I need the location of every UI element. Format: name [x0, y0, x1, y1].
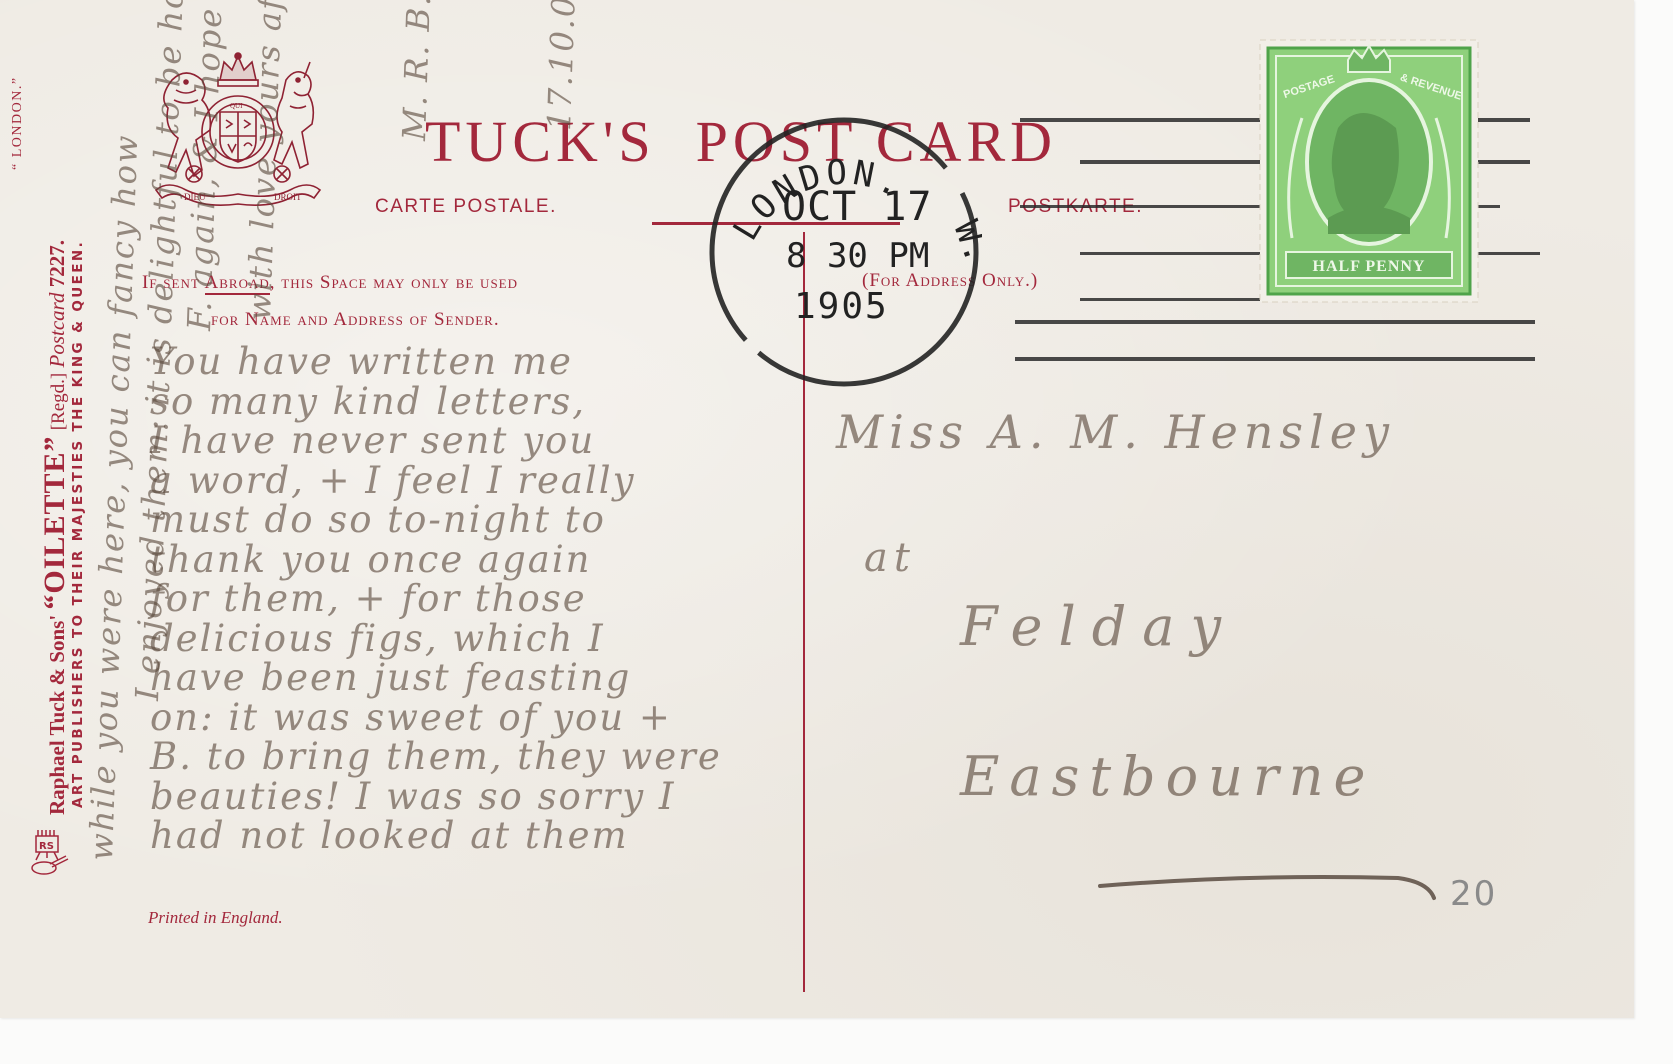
publisher-name: Raphael Tuck & Sons': [45, 615, 69, 815]
carte-postale-label: CARTE POSTALE.: [375, 196, 557, 218]
address-underline: [1098, 872, 1448, 912]
address-town: Eastbourne: [960, 745, 1375, 808]
address-house: Felday: [960, 595, 1237, 658]
message-line: have been just feasting: [150, 658, 722, 698]
message-line: for them, + for those: [150, 579, 722, 619]
king-edward-stamp-icon: HALF PENNY POSTAGE & REVENUE: [1258, 38, 1480, 304]
message-line: had not looked at them: [150, 816, 722, 856]
svg-text:RS: RS: [39, 841, 54, 852]
pencil-note: 20: [1450, 874, 1497, 914]
london-postmark: LONDON. W. OCT 17 8 30 PM 1905: [706, 114, 982, 390]
publisher-line: Raphael Tuck & Sons' “OILETTE” [Regd.] P…: [38, 240, 72, 815]
series-title: “ LONDON.”: [10, 76, 26, 170]
message-line: must do so to-night to: [150, 500, 722, 540]
message-line: delicious figs, which I: [150, 619, 722, 659]
royal-appointment: ART PUBLISHERS TO THEIR MAJESTIES THE KI…: [70, 240, 86, 808]
address-name: Miss A. M. Hensley: [836, 405, 1395, 459]
message-line: on: it was sweet of you +: [150, 698, 722, 738]
cross-line: 17.10.05: [540, 0, 584, 131]
stamp-value: HALF PENNY: [1313, 258, 1426, 275]
easel-palette-logo-icon: RS: [26, 826, 70, 876]
postmark-year: 1905: [794, 286, 889, 327]
message-line: so many kind letters,: [150, 382, 722, 422]
half-penny-stamp: HALF PENNY POSTAGE & REVENUE: [1258, 38, 1480, 304]
crest-garter-text: QUI: [230, 102, 243, 110]
message-line: You have written me: [150, 342, 722, 382]
message-line: beauties! I was so sorry I: [150, 777, 722, 817]
postmark-time: 8 30 PM: [786, 236, 929, 276]
postcard-back: “ LONDON.” Raphael Tuck & Sons' “OILETTE…: [0, 0, 1634, 1018]
address-at: at: [864, 535, 916, 581]
message-line: I have never sent you: [150, 421, 722, 461]
series-name: “OILETTE”: [38, 436, 71, 610]
postcard-number: 7227.: [45, 240, 69, 287]
handwritten-message: You have written me so many kind letters…: [150, 342, 722, 856]
postmark-district: W.: [946, 215, 982, 267]
message-line: B. to bring them, they were: [150, 737, 722, 777]
postcard-label: Postcard: [45, 292, 69, 367]
message-line: thank you once again: [150, 540, 722, 580]
registered-mark: [Regd.]: [48, 373, 69, 431]
message-line: a word, + I feel I really: [150, 461, 722, 501]
printed-in-england: Printed in England.: [148, 908, 283, 928]
cross-line: M. R. B.: [395, 0, 438, 141]
postmark-date: OCT 17: [782, 184, 933, 230]
